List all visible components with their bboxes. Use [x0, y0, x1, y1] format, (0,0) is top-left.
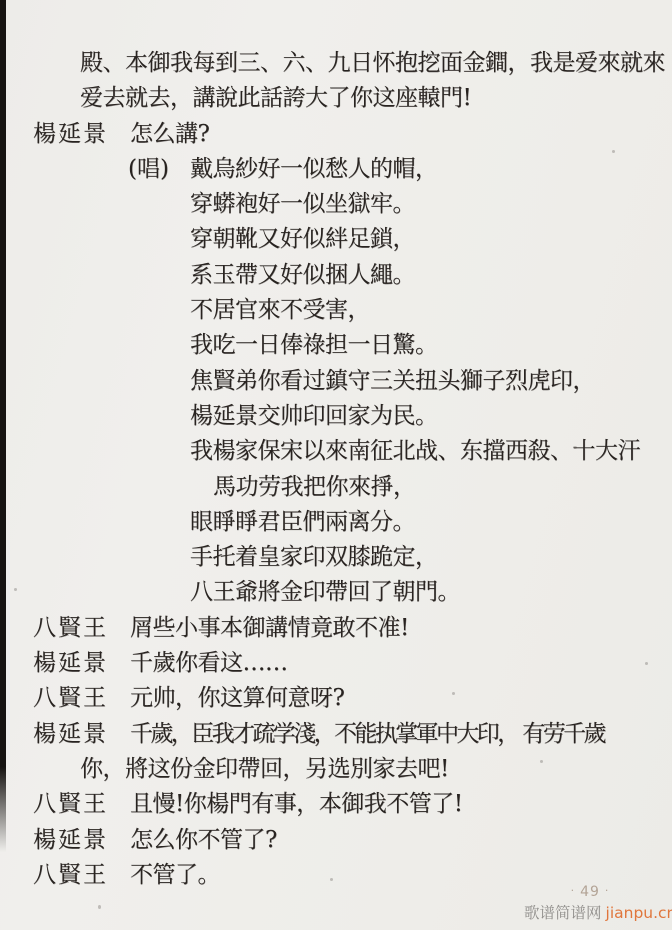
line-text: 不居官來不受害，	[190, 297, 370, 323]
line-text: 千歲你看这……	[130, 650, 288, 676]
scanned-script-page: 殿、本御我每到三、六、九日怀抱挖面金鐧，我是爱來就來 爱去就去，講說此話誇大了你…	[0, 0, 672, 930]
dialogue-line: 八賢王且慢!你楊門有事，本御我不管了!	[0, 787, 672, 822]
speaker-name: 八賢王	[33, 858, 130, 893]
line-text: 我楊家保宋以來南征北战、东擋西殺、十大汗	[190, 438, 640, 464]
verse-line: 眼睜睜君臣們兩离分。	[0, 505, 672, 540]
line-text: 怎么你不管了?	[130, 827, 277, 853]
speaker-name: 楊延景	[33, 717, 130, 752]
dialogue-line: 楊延景怎么講?	[0, 117, 672, 152]
verse-line: 不居官來不受害，	[0, 293, 672, 328]
verse-line: 我吃一日俸祿担一日驚。	[0, 328, 672, 363]
verse-line: 穿朝靴又好似絆足鎖，	[0, 222, 672, 257]
line-text: 八王爺將金印帶回了朝門。	[190, 579, 460, 605]
watermark-url: jianpu.cn	[602, 904, 672, 922]
line-text: 焦賢弟你看过鎮守三关扭头獅子烈虎印，	[190, 368, 595, 394]
line-text: 手托着皇家印双膝跪定，	[190, 544, 438, 570]
verse-line: 穿蟒袍好一似坐獄牢。	[0, 187, 672, 222]
sing-label: (唱)	[128, 152, 190, 187]
line-text: 屑些小事本御講情竟敢不准!	[130, 615, 409, 641]
page-number-value: 49	[580, 884, 600, 900]
line-text: 楊延景交帅印回家为民。	[190, 403, 438, 429]
page-number-dot: ·	[600, 884, 615, 897]
line-text: 戴烏紗好一似愁人的帽，	[190, 156, 438, 182]
scan-speck	[98, 905, 101, 909]
line-text: 穿蟒袍好一似坐獄牢。	[190, 191, 415, 217]
line-text: 爱去就去，講說此話誇大了你这座轅門!	[80, 85, 471, 111]
line-text: 我吃一日俸祿担一日驚。	[190, 332, 438, 358]
verse-line: 焦賢弟你看过鎮守三关扭头獅子烈虎印，	[0, 364, 672, 399]
dialogue-continuation-line: 殿、本御我每到三、六、九日怀抱挖面金鐧，我是爱來就來	[0, 46, 672, 81]
watermark-site-name: 歌谱简谱网	[524, 904, 602, 922]
line-text: 怎么講?	[130, 121, 209, 147]
dialogue-line: 楊延景怎么你不管了?	[0, 823, 672, 858]
speaker-name: 八賢王	[33, 681, 130, 716]
line-text: 不管了。	[130, 862, 220, 888]
page-number: ·49·	[545, 884, 635, 900]
verse-line: 手托着皇家印双膝跪定，	[0, 540, 672, 575]
dialogue-continuation-line: 你，將这份金印帶回，另选別家去吧!	[0, 752, 672, 787]
verse-line-with-label: (唱)戴烏紗好一似愁人的帽，	[0, 152, 672, 187]
line-text: 元帅，你这算何意呀?	[130, 685, 344, 711]
line-text: 且慢!你楊門有事，本御我不管了!	[130, 791, 463, 817]
speaker-name: 八賢王	[33, 787, 130, 822]
speaker-name: 八賢王	[33, 611, 130, 646]
line-text: 馬功劳我把你來掙，	[213, 474, 416, 500]
line-text: 千歲，臣我才疏学淺，不能执掌軍中大印， 有劳千歲	[130, 721, 604, 747]
dialogue-line: 楊延景千歲你看这……	[0, 646, 672, 681]
dialogue-line: 八賢王屑些小事本御講情竟敢不准!	[0, 611, 672, 646]
speaker-name: 楊延景	[33, 823, 130, 858]
dialogue-line: 楊延景千歲，臣我才疏学淺，不能执掌軍中大印， 有劳千歲	[0, 717, 672, 752]
dialogue-line: 八賢王元帅，你这算何意呀?	[0, 681, 672, 716]
line-text: 你，將这份金印帶回，另选別家去吧!	[80, 756, 449, 782]
line-text: 穿朝靴又好似絆足鎖，	[190, 226, 415, 252]
speaker-name: 楊延景	[33, 646, 130, 681]
speaker-name: 楊延景	[33, 117, 130, 152]
line-text: 眼睜睜君臣們兩离分。	[190, 509, 415, 535]
line-text: 系玉帶又好似捆人繩。	[190, 262, 415, 288]
verse-line: 八王爺將金印帶回了朝門。	[0, 575, 672, 610]
verse-line: 系玉帶又好似捆人繩。	[0, 258, 672, 293]
verse-line: 楊延景交帅印回家为民。	[0, 399, 672, 434]
script-text-block: 殿、本御我每到三、六、九日怀抱挖面金鐧，我是爱來就來 爱去就去，講說此話誇大了你…	[0, 46, 672, 893]
dialogue-continuation-line: 爱去就去，講說此話誇大了你这座轅門!	[0, 81, 672, 116]
page-number-dot: ·	[566, 884, 581, 897]
watermark: 歌谱简谱网jianpu.cn	[524, 901, 672, 923]
verse-continuation-line: 馬功劳我把你來掙，	[0, 470, 672, 505]
line-text: 殿、本御我每到三、六、九日怀抱挖面金鐧，我是爱來就來	[80, 50, 665, 76]
verse-line: 我楊家保宋以來南征北战、东擋西殺、十大汗	[0, 434, 672, 469]
